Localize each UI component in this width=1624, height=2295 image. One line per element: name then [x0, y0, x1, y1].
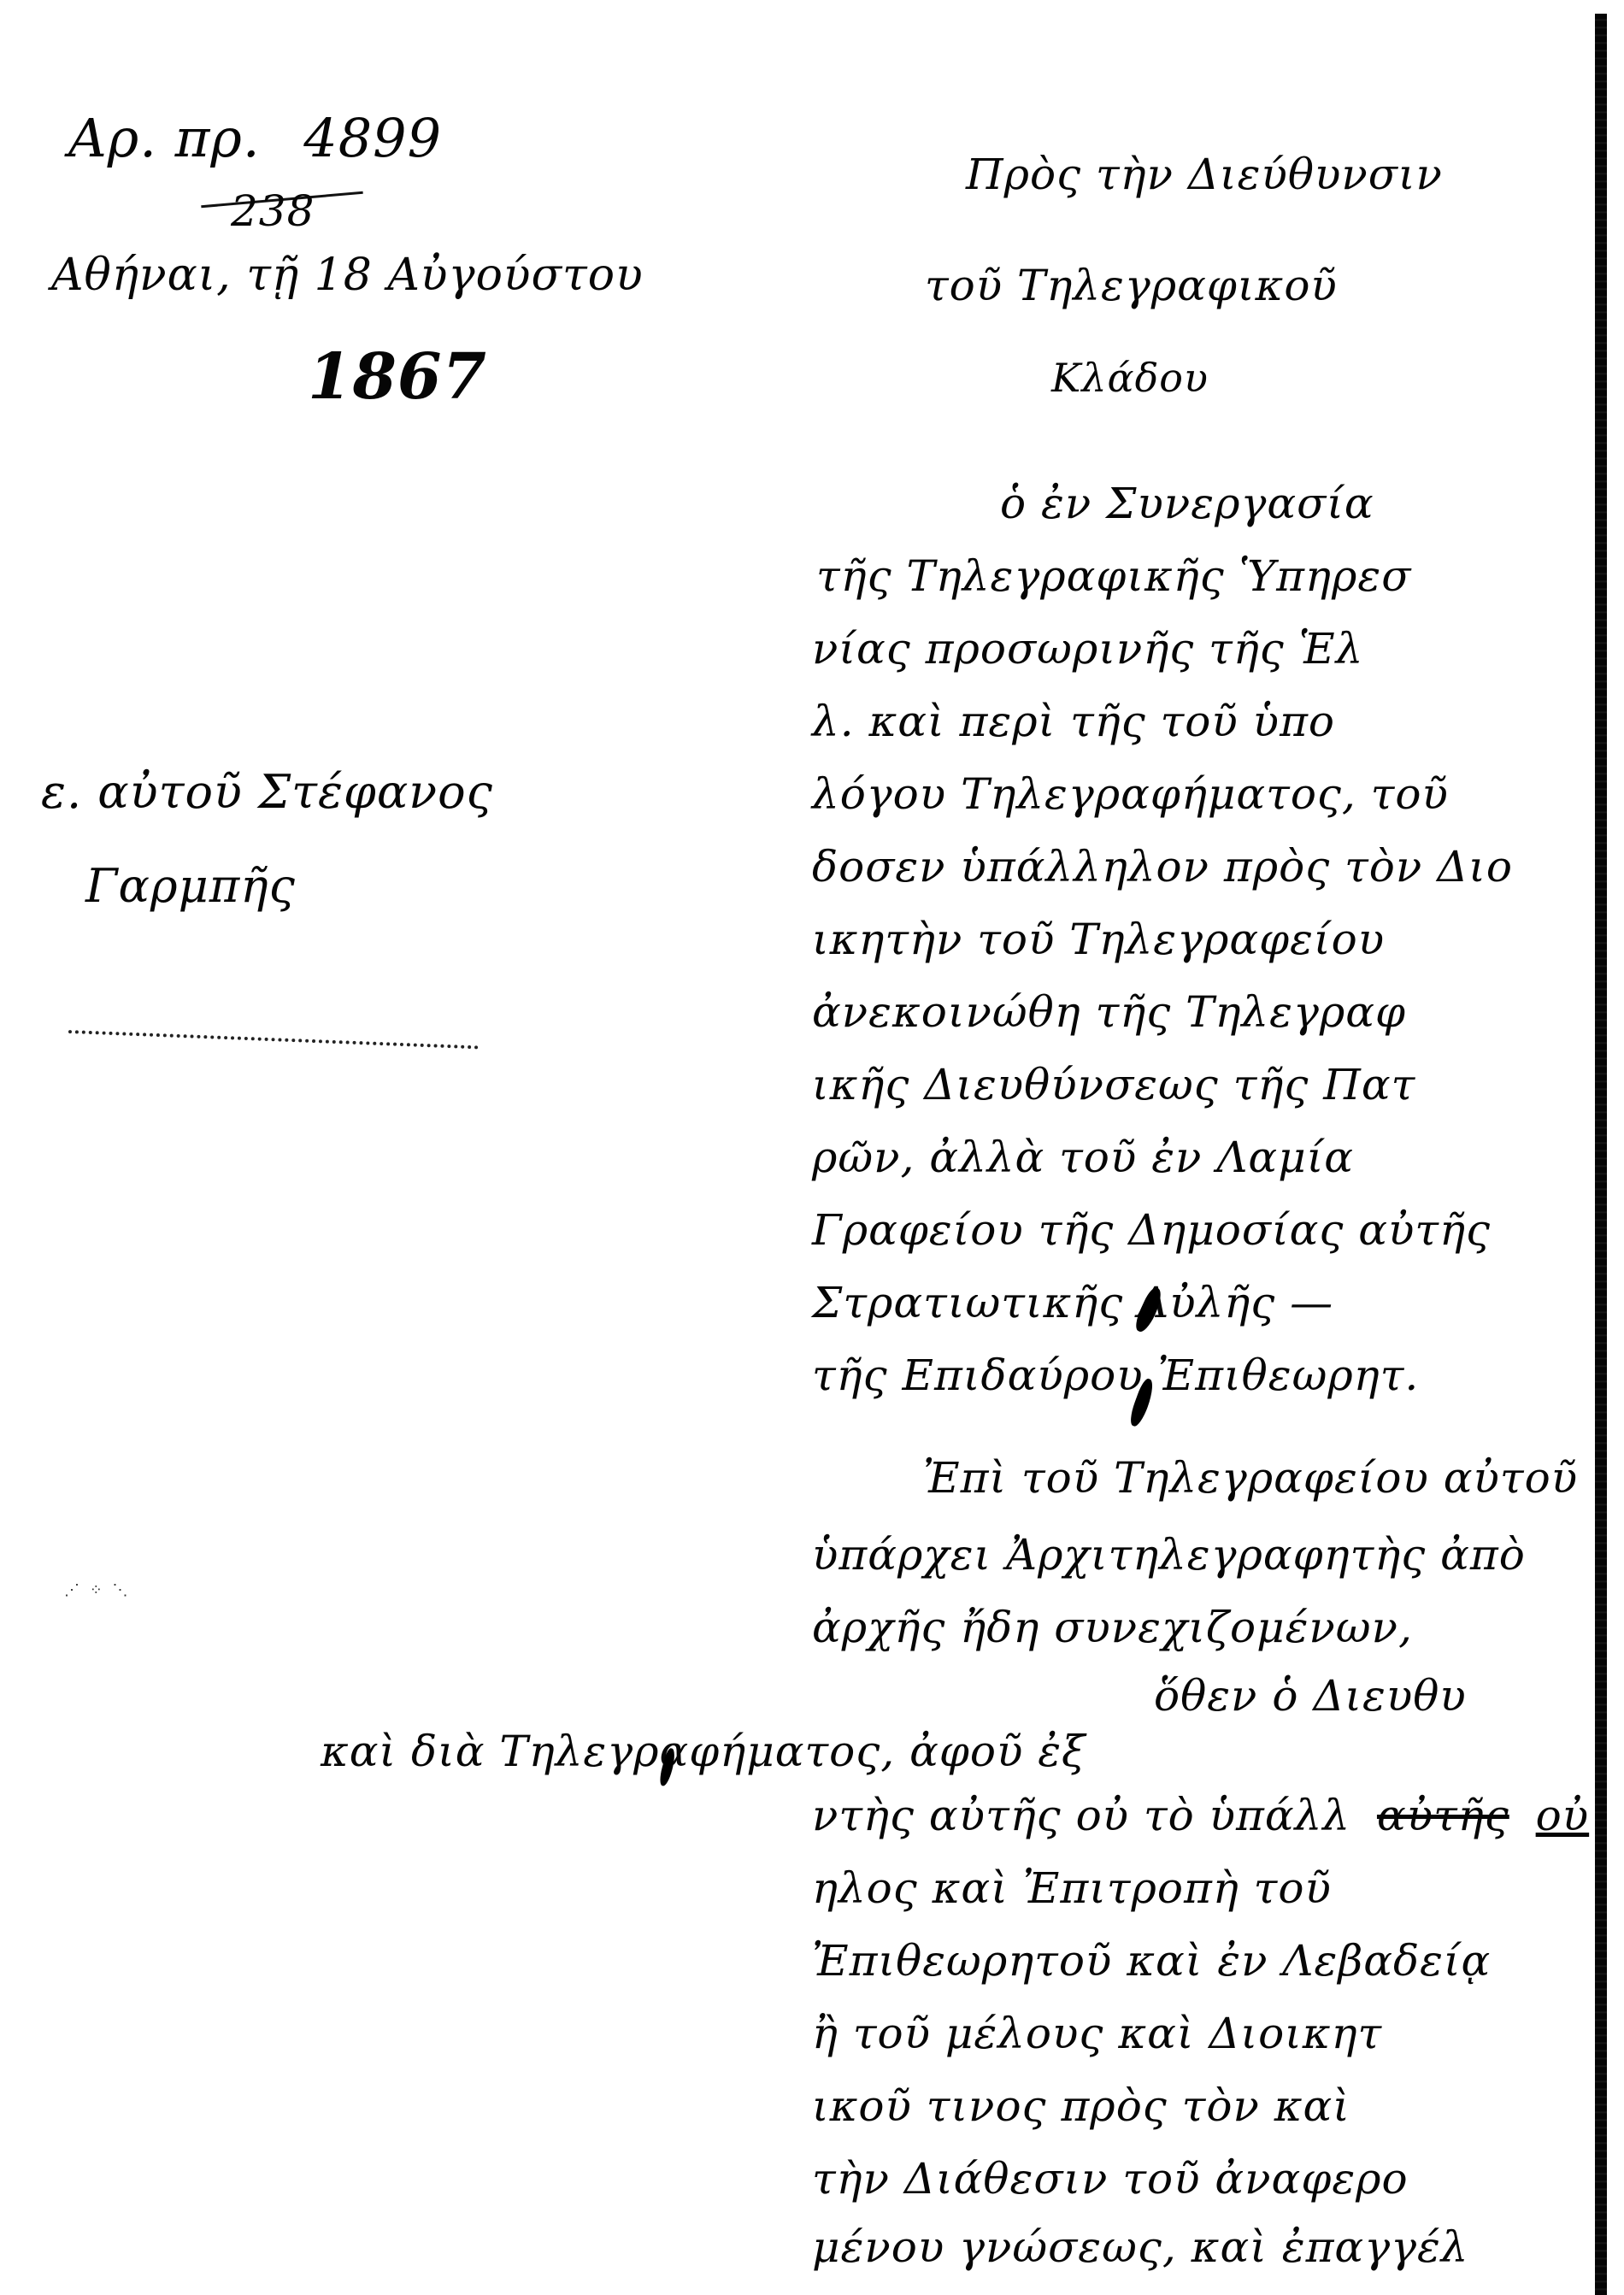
body-line-text: ντὴς αὐτῆς οὐ τὸ ὑπάλλ	[812, 1791, 1350, 1840]
struck-out-word: αὐτῆς	[1377, 1791, 1509, 1840]
body-line: ικῆς Διευθύνσεως τῆς Πατ	[812, 1060, 1415, 1109]
body-line: Στρατιωτικῆς Αὐλῆς —	[812, 1278, 1333, 1327]
scanned-letter-page: Αρ. πρ. 4899 238 Αθήναι, τῇ 18 Αὐγούστου…	[0, 0, 1624, 2295]
body-line: μένου γνώσεως, καὶ ἐπαγγέλ	[812, 2222, 1468, 2272]
margin-note-line-1: ε. αὐτοῦ Στέφανος	[41, 765, 493, 819]
body-line: ὁ ἐν Συνεργασία	[1000, 479, 1374, 528]
body-line: ἀνεκοινώθη τῆς Τηλεγραφ	[812, 987, 1406, 1037]
place-and-date: Αθήναι, τῇ 18 Αὐγούστου	[51, 250, 644, 301]
margin-dotted-rule	[68, 1030, 479, 1049]
body-line: ἀρχῆς ἤδη συνεχιζομένων,	[812, 1603, 1413, 1652]
body-line: ὑπάρχει Ἀρχιτηλεγραφητὴς ἀπὸ	[812, 1530, 1526, 1580]
addressee-line-3: Κλάδου	[1051, 355, 1209, 401]
protocol-sub-number: 238	[231, 186, 315, 236]
margin-stray-marks: ⋰ ⁘ ⋱	[64, 1581, 131, 1599]
body-line: δοσεν ὑπάλληλον πρὸς τὸν Διο	[812, 842, 1513, 892]
insertion-line: καὶ διὰ Τηλεγραφήματος, ἀφοῦ ἐξ	[321, 1727, 1086, 1776]
body-line: ηλος καὶ Ἐπιτροπὴ τοῦ	[812, 1863, 1332, 1913]
body-line: Γραφείου τῆς Δημοσίας αὐτῆς	[812, 1205, 1491, 1255]
addressee-line-1: Πρὸς τὴν Διεύθυνσιν	[966, 150, 1443, 199]
body-line: ικητὴν τοῦ Τηλεγραφείου	[812, 915, 1385, 964]
protocol-number: 4899	[303, 107, 442, 169]
body-line: Ἐπιθεωρητοῦ καὶ ἐν Λεβαδείᾳ	[812, 1936, 1491, 1986]
body-line: λ. καὶ περὶ τῆς τοῦ ὑπο	[812, 697, 1335, 746]
body-line: ρῶν, ἀλλὰ τοῦ ἐν Λαμία	[812, 1133, 1354, 1182]
body-line: τῆς Επιδαύρου Ἐπιθεωρητ.	[812, 1351, 1419, 1400]
body-line: τὴν Διάθεσιν τοῦ ἀναφερο	[812, 2154, 1409, 2204]
body-line: ικοῦ τινος πρὸς τὸν καὶ	[812, 2081, 1350, 2131]
scan-binding-edge	[1595, 14, 1607, 2295]
body-line: νίας προσωρινῆς τῆς Ἑλ	[812, 624, 1363, 674]
protocol-reference: Αρ. πρ. 4899	[68, 107, 442, 169]
margin-note-line-2: Γαρμπῆς	[85, 859, 296, 913]
protocol-label: Αρ. πρ.	[68, 107, 261, 169]
underlined-word: οὐ	[1536, 1791, 1590, 1840]
year: 1867	[308, 340, 487, 414]
body-line: λόγου Τηλεγραφήματος, τοῦ	[812, 769, 1449, 819]
body-line-with-correction: ντὴς αὐτῆς οὐ τὸ ὑπάλλ αὐτῆς οὐ	[812, 1791, 1589, 1840]
body-line: ὅθεν ὁ Διευθυ	[1154, 1671, 1467, 1721]
body-paragraph-start: Ἐπὶ τοῦ Τηλεγραφείου αὐτοῦ	[923, 1453, 1578, 1503]
body-line: τῆς Τηλεγραφικῆς Ὑπηρεσ	[816, 551, 1411, 601]
addressee-line-2: τοῦ Τηλεγραφικοῦ	[925, 261, 1338, 310]
body-line: ἢ τοῦ μέλους καὶ Διοικητ	[812, 2009, 1382, 2058]
